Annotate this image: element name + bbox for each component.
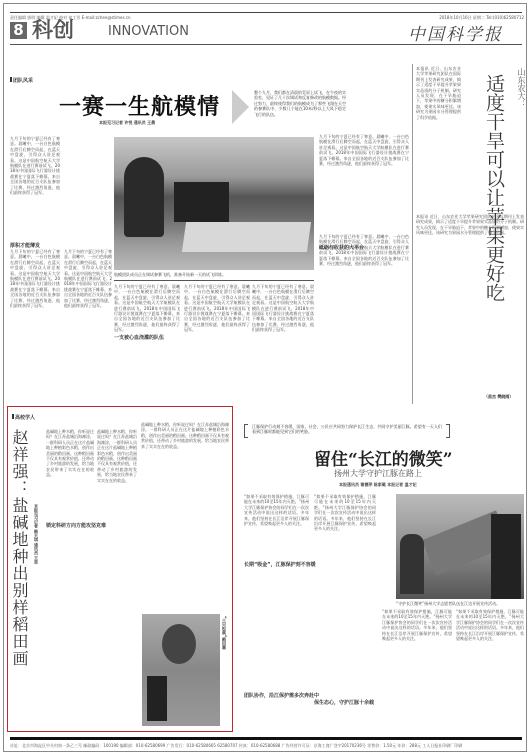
article1-subhead-1: 厚积才能薄发 bbox=[10, 242, 40, 249]
article1-photo-model-aircraft bbox=[114, 137, 314, 270]
section-title-en: INNOVATION bbox=[108, 24, 189, 40]
column-tag-scholar: 高校学人 bbox=[12, 414, 35, 421]
article1-col6: 九月下旬的宁夏已经有了寒意。晨曦中，一台白色航模在滑行后腾空而起，在蓝天中盘旋，… bbox=[319, 234, 409, 402]
article4-photo-caption: “守护长江微笑”扬州大学志愿者队伍在江边开展宣传活动。 bbox=[396, 601, 524, 606]
section-title-cn: 科创 bbox=[32, 18, 74, 42]
article4-byline: 本报通讯员 谢德萍 陈家璐 本报记者 温才妃 bbox=[339, 482, 417, 487]
quote-bracket-right bbox=[446, 424, 450, 438]
paper-logo: 中国科学报 bbox=[408, 20, 503, 45]
article4-subhead-2: 团队协作，沿江保护需多次奔赴中 bbox=[244, 692, 319, 699]
article1-col1: 九月下旬的宁夏已经有了寒意。晨曦中，一台白色航模在滑行后腾空而起，在蓝天中盘旋，… bbox=[10, 136, 60, 236]
article4-col2: “如果不采取有效保护措施，江豚可能在未来的10至15年内灭绝。”扬州大学江豚保护… bbox=[314, 494, 376, 729]
article3-col2: 本报讯 近日，山东农业大学苹果研究团队在国际期刊上发表研究成果，揭示了适度干旱提… bbox=[416, 214, 524, 399]
article2-headline: 赵祥强：盐碱地种出别样稻田画 bbox=[9, 429, 29, 729]
arrow-decoration bbox=[232, 90, 249, 124]
article1-photo-caption: 航模团队成员正在调试参赛飞机，准备开始新一天的试飞训练。 bbox=[114, 272, 314, 277]
article1-col2: 九月下旬的宁夏已经有了寒意。晨曦中，一台白色航模在滑行后腾空而起，在蓝天中盘旋，… bbox=[64, 249, 112, 404]
article1-lead: 整个九月，我们都在清晨的荒原上试飞，在午夜的实验室，见证了几十次调试和反复修改的… bbox=[254, 90, 346, 124]
article4-col3: “如果不采取有效保护措施，江豚可能在未来的10至15年内灭绝。”扬州大学江豚保护… bbox=[382, 609, 452, 729]
article1-headline: 一赛一生航模情 bbox=[59, 90, 220, 121]
article1-col6-top: 九月下旬的宁夏已经有了寒意。晨曦中，一台白色航模在滑行后腾空而起，在蓝天中盘旋，… bbox=[319, 134, 409, 232]
article4-col4: “如果不采取有效保护措施，江豚可能在未来的10至15年内灭绝。”扬州大学江豚保护… bbox=[456, 609, 524, 729]
article1-col1b: 九月下旬的宁夏已经有了寒意。晨曦中，一台白色航模在滑行后腾空而起，在蓝天中盘旋，… bbox=[10, 249, 60, 404]
newspaper-page: 责任编辑 郭明 编辑 温才妃 校对 何工芳 E-mail:zchen@stime… bbox=[3, 3, 527, 752]
footer-info: 社址：北京市海淀区中关村南一条乙三号 邮政编码：100190 编辑部：010-6… bbox=[10, 743, 522, 748]
article1-col3: 九月下旬的宁夏已经有了寒意。晨曦中，一台白色航模在滑行后腾空而起，在蓝天中盘旋，… bbox=[114, 284, 180, 402]
article4-quote: 江豚保护行动刻不容缓，国家、社会、公民应共同努力保护长江生态，共同守护美丽江豚。… bbox=[252, 424, 442, 438]
masthead-rule bbox=[10, 44, 522, 45]
dark-area bbox=[491, 514, 521, 599]
article2-byline: 本报见习记者 韩天琪 通讯员 王思 bbox=[34, 504, 39, 604]
article2-rice-painting-photo bbox=[142, 614, 220, 726]
volunteer-figure bbox=[400, 534, 424, 594]
quote-bracket-left bbox=[244, 424, 248, 438]
article4-subhead-3: 保生态心，守护江豚十余载 bbox=[314, 699, 374, 706]
article4-subtitle: 扬州大学守护江豚在路上 bbox=[334, 468, 422, 479]
article1-byline: 本报见习记者 许悦 通讯员 王晨 bbox=[99, 120, 155, 125]
footer-rule bbox=[10, 737, 522, 740]
article4-headline: 留住“长江的微笑” bbox=[314, 445, 453, 470]
article1-subhead-3: 砥砺与收获的大平台 bbox=[319, 244, 364, 251]
equipment-case bbox=[174, 182, 229, 222]
article2-col2: 盐碱地上种水稻，你听说过吗？在江苏盐城沿海滩涂，一群科研人员正在这片盐碱地上种植… bbox=[97, 429, 137, 724]
rice-painting-figure bbox=[162, 624, 196, 664]
article4-subhead-1: 长期“吸金”，江豚保护刻不容缓 bbox=[244, 561, 316, 568]
article2-col3: 盐碱地上种水稻，你听说过吗？在江苏盐城沿海滩涂，一群科研人员正在这片盐碱地上种植… bbox=[141, 422, 229, 562]
article3-end-tag: （苗杰 樊晓雨） bbox=[484, 394, 513, 399]
caption-rule bbox=[114, 280, 314, 281]
top-rule bbox=[10, 12, 522, 13]
article3-col1: 本报讯 近日，山东农业大学苹果研究团队在国际期刊上发表研究成果，揭示了适度干旱提… bbox=[416, 66, 461, 206]
person-painting bbox=[147, 676, 167, 721]
person-silhouette bbox=[124, 157, 164, 237]
article3-kicker: 山东农大： bbox=[516, 68, 527, 108]
column-tag-team: 团队风采 bbox=[10, 77, 33, 84]
article1-col4: 九月下旬的宁夏已经有了寒意。晨曦中，一台白色航模在滑行后腾空而起，在蓝天中盘旋，… bbox=[184, 284, 250, 402]
article1-col5: 九月下旬的宁夏已经有了寒意。晨曦中，一台白色航模在滑行后腾空而起，在蓝天中盘旋，… bbox=[252, 284, 314, 402]
column-divider bbox=[412, 64, 413, 404]
article2-image-caption: “三只松鼠”稻田画 bbox=[222, 616, 227, 716]
article1-subhead-2: 一支被心血浇灌的队伍 bbox=[114, 334, 164, 341]
article4-photo-volunteers bbox=[396, 494, 524, 599]
aircraft-wing bbox=[182, 222, 311, 252]
article2-col1: 盐碱地上种水稻，你听说过吗？在江苏盐城沿海滩涂，一群科研人员正在这片盐碱地上种植… bbox=[46, 429, 94, 724]
page-number: 8 bbox=[10, 22, 27, 39]
